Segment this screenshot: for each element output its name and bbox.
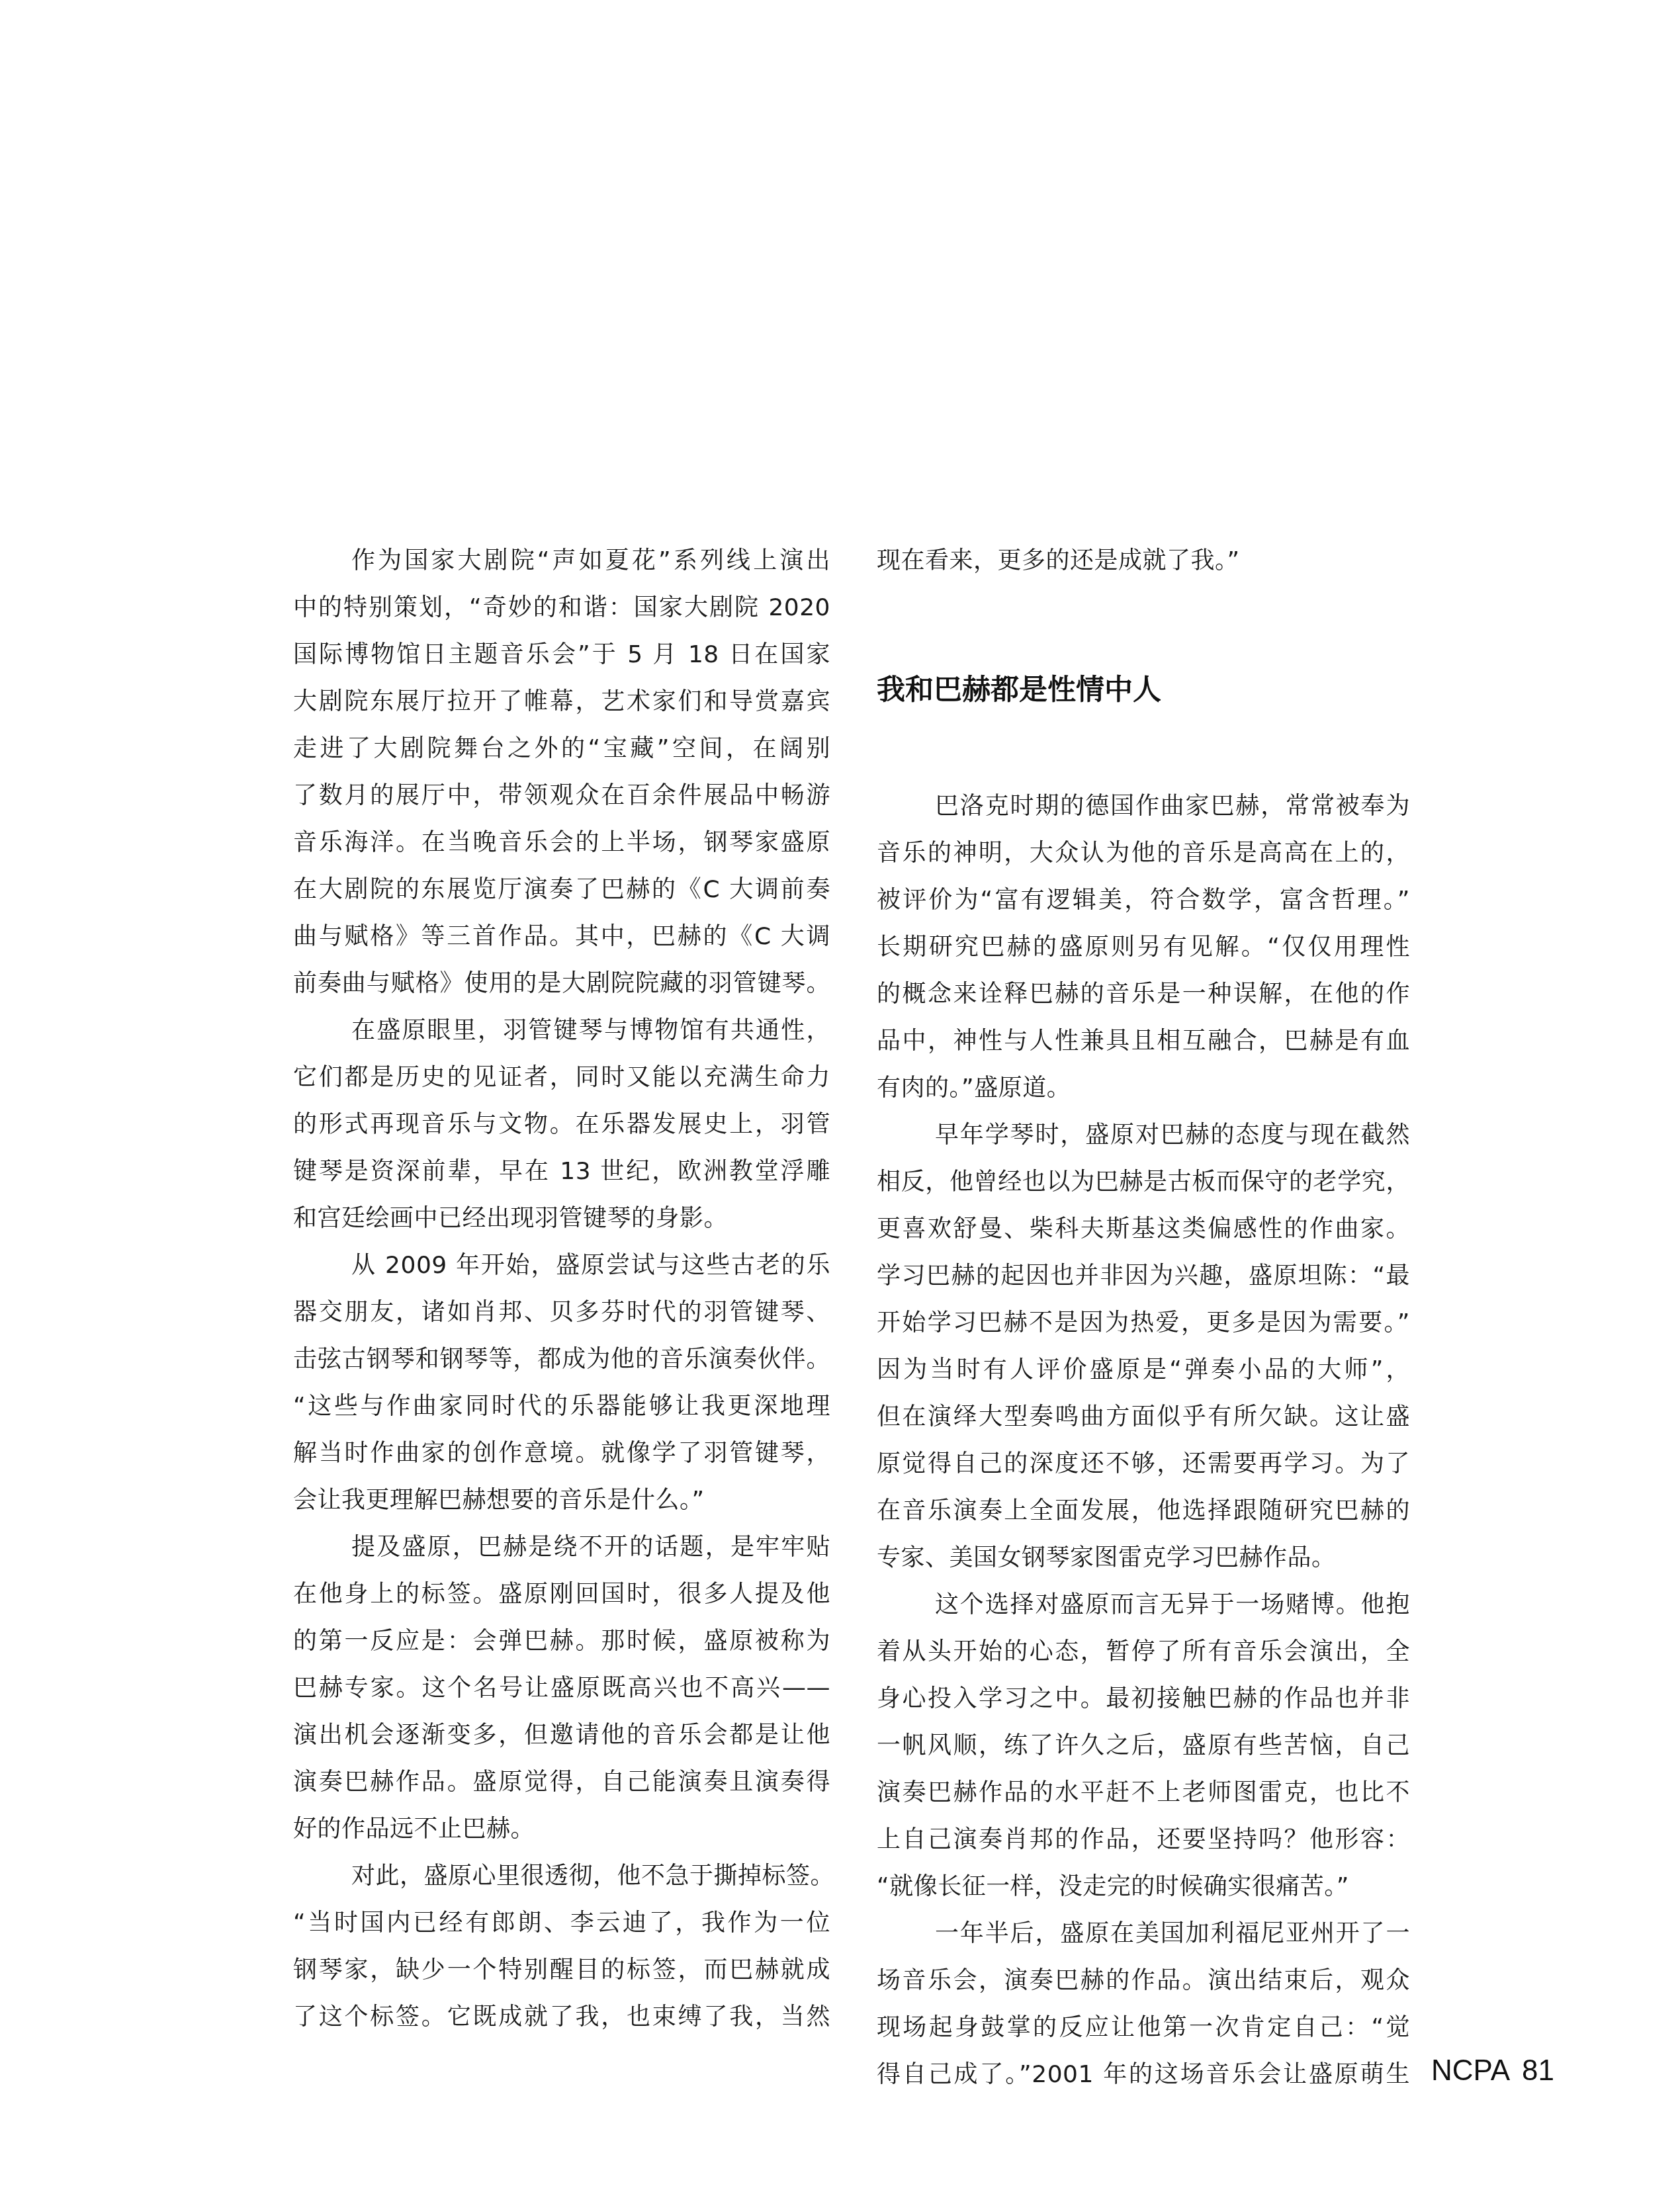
paragraph-line: 了这个标签。它既成就了我，也束缚了我，当然 [293,1993,830,2040]
paragraph-line: 的形式再现音乐与文物。在乐器发展史上，羽管 [293,1101,830,1148]
paragraph-line: 音乐海洋。在当晚音乐会的上半场，钢琴家盛原 [293,819,830,866]
paragraph-line: 身心投入学习之中。最初接触巴赫的作品也并非 [877,1675,1410,1722]
paragraph-line: 得自己成了。”2001 年的这场音乐会让盛原萌生 [877,2051,1410,2098]
paragraph-line: 上自己演奏肖邦的作品，还要坚持吗？他形容： [877,1816,1410,1863]
paragraph-line: 场音乐会，演奏巴赫的作品。演出结束后，观众 [877,1957,1410,2004]
paragraph-line: 演出机会逐渐变多，但邀请他的音乐会都是让他 [293,1712,830,1759]
paragraph-line: 解当时作曲家的创作意境。就像学了羽管键琴， [293,1430,830,1477]
paragraph-line: 更喜欢舒曼、柴科夫斯基这类偏感性的作曲家。 [877,1205,1410,1252]
paragraph-line: 提及盛原，巴赫是绕不开的话题，是牢牢贴 [293,1524,830,1571]
spacer [877,710,1410,783]
paragraph-line: 因为当时有人评价盛原是“弹奏小品的大师”， [877,1346,1410,1393]
paragraph-line: 长期研究巴赫的盛原则另有见解。“仅仅用理性 [877,924,1410,971]
paragraph-line: 演奏巴赫作品的水平赶不上老师图雷克，也比不 [877,1769,1410,1816]
paragraph-line: 对此，盛原心里很透彻，他不急于撕掉标签。 [293,1853,830,1900]
paragraph-line: 在盛原眼里，羽管键琴与博物馆有共通性， [293,1007,830,1054]
paragraph-line: 曲与赋格》等三首作品。其中，巴赫的《C 大调 [293,913,830,960]
paragraph-line: 一帆风顺，练了许久之后，盛原有些苦恼，自己 [877,1722,1410,1769]
paragraph-line: 巴赫专家。这个名号让盛原既高兴也不高兴—— [293,1665,830,1712]
paragraph-line: 键琴是资深前辈，早在 13 世纪，欧洲教堂浮雕 [293,1148,830,1195]
section-heading: 我和巴赫都是性情中人 [877,670,1410,710]
paragraph-line: 好的作品远不止巴赫。 [293,1806,830,1853]
paragraph-line: 现场起身鼓掌的反应让他第一次肯定自己：“觉 [877,2004,1410,2051]
paragraph-line: 但在演绎大型奏鸣曲方面似乎有所欠缺。这让盛 [877,1393,1410,1440]
paragraph-line: 的概念来诠释巴赫的音乐是一种误解，在他的作 [877,971,1410,1018]
paragraph-line: 巴洛克时期的德国作曲家巴赫，常常被奉为 [877,783,1410,830]
paragraph-line: 大剧院东展厅拉开了帷幕，艺术家们和导赏嘉宾 [293,678,830,725]
paragraph-line: “就像长征一样，没走完的时候确实很痛苦。” [877,1863,1410,1910]
paragraph-line: 早年学琴时，盛原对巴赫的态度与现在截然 [877,1112,1410,1159]
paragraph-line: 音乐的神明，大众认为他的音乐是高高在上的， [877,830,1410,877]
paragraph-line: 作为国家大剧院“声如夏花”系列线上演出 [293,537,830,584]
magazine-page: 作为国家大剧院“声如夏花”系列线上演出 中的特别策划，“奇妙的和谐：国家大剧院 … [0,0,1680,2188]
paragraph-line: 这个选择对盛原而言无异于一场赌博。他抱 [877,1581,1410,1628]
paragraph-line: 在他身上的标签。盛原刚回国时，很多人提及他 [293,1571,830,1618]
paragraph-line: 学习巴赫的起因也并非因为兴趣，盛原坦陈：“最 [877,1252,1410,1299]
paragraph-line: 前奏曲与赋格》使用的是大剧院院藏的羽管键琴。 [293,960,830,1007]
left-text-column: 作为国家大剧院“声如夏花”系列线上演出 中的特别策划，“奇妙的和谐：国家大剧院 … [293,537,830,2040]
paragraph-line: 的第一反应是：会弹巴赫。那时候，盛原被称为 [293,1618,830,1665]
paragraph-line: 品中，神性与人性兼具且相互融合，巴赫是有血 [877,1018,1410,1065]
paragraph-line: 着从头开始的心态，暂停了所有音乐会演出，全 [877,1628,1410,1675]
paragraph-line: “这些与作曲家同时代的乐器能够让我更深地理 [293,1383,830,1430]
paragraph-line: 演奏巴赫作品。盛原觉得，自己能演奏且演奏得 [293,1759,830,1806]
paragraph-line: 一年半后，盛原在美国加利福尼亚州开了一 [877,1910,1410,1957]
paragraph-line: 在大剧院的东展览厅演奏了巴赫的《C 大调前奏 [293,866,830,913]
paragraph-line: 走进了大剧院舞台之外的“宝藏”空间，在阔别 [293,725,830,772]
paragraph-line: 它们都是历史的见证者，同时又能以充满生命力 [293,1054,830,1101]
paragraph-line: 专家、美国女钢琴家图雷克学习巴赫作品。 [877,1534,1410,1581]
paragraph-line: 和宫廷绘画中已经出现羽管键琴的身影。 [293,1195,830,1242]
paragraph-line: 从 2009 年开始，盛原尝试与这些古老的乐 [293,1242,830,1289]
right-text-column: 现在看来，更多的还是成就了我。” 我和巴赫都是性情中人 巴洛克时期的德国作曲家巴… [877,537,1410,2098]
spacer [877,584,1410,670]
publication-name: NCPA [1431,2054,1510,2087]
paragraph-line: 击弦古钢琴和钢琴等，都成为他的音乐演奏伙伴。 [293,1336,830,1383]
paragraph-line: 在音乐演奏上全面发展，他选择跟随研究巴赫的 [877,1487,1410,1534]
page-folio: NCPA81 [1431,2054,1554,2088]
paragraph-line: 现在看来，更多的还是成就了我。” [877,537,1410,584]
paragraph-line: “当时国内已经有郎朗、李云迪了，我作为一位 [293,1900,830,1947]
paragraph-line: 国际博物馆日主题音乐会”于 5 月 18 日在国家 [293,631,830,678]
page-number: 81 [1522,2054,1554,2087]
paragraph-line: 被评价为“富有逻辑美，符合数学，富含哲理。” [877,877,1410,924]
paragraph-line: 会让我更理解巴赫想要的音乐是什么。” [293,1477,830,1524]
paragraph-line: 器交朋友，诸如肖邦、贝多芬时代的羽管键琴、 [293,1289,830,1336]
paragraph-line: 钢琴家，缺少一个特别醒目的标签，而巴赫就成 [293,1947,830,1993]
paragraph-line: 有肉的。”盛原道。 [877,1065,1410,1112]
paragraph-line: 原觉得自己的深度还不够，还需要再学习。为了 [877,1440,1410,1487]
paragraph-line: 了数月的展厅中，带领观众在百余件展品中畅游 [293,772,830,819]
paragraph-line: 相反，他曾经也以为巴赫是古板而保守的老学究， [877,1159,1410,1205]
paragraph-line: 中的特别策划，“奇妙的和谐：国家大剧院 2020 [293,584,830,631]
paragraph-line: 开始学习巴赫不是因为热爱，更多是因为需要。” [877,1299,1410,1346]
